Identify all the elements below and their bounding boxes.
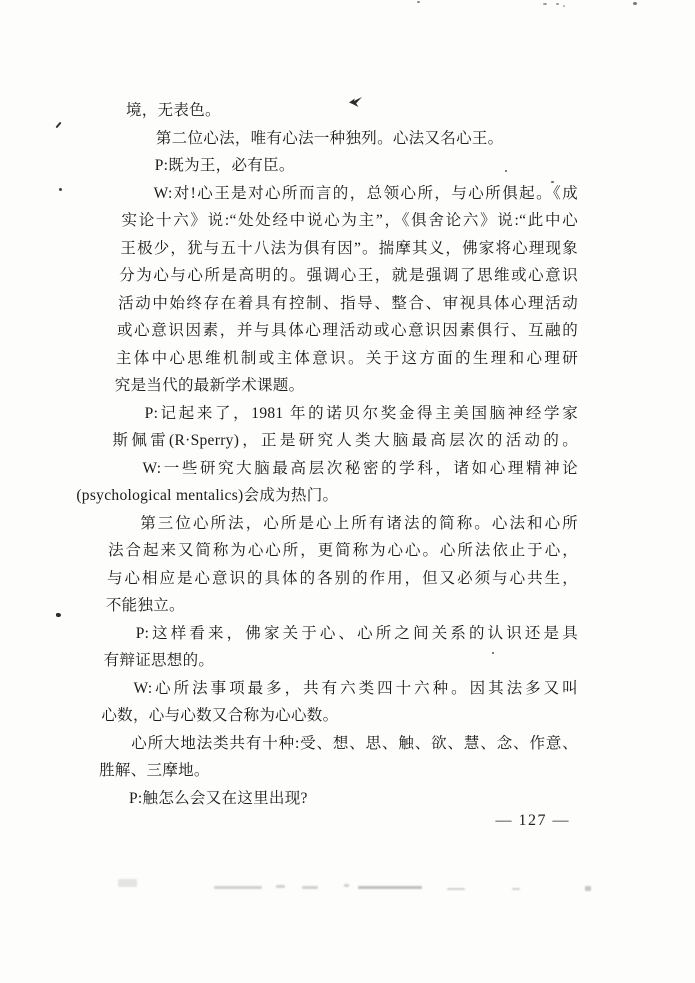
text-line: 第三位心所法，心所是心上所有诸法的简称。心法和心所	[109, 510, 578, 538]
text-line: P:既为王，必有臣。	[124, 152, 578, 180]
text-line: 法合起来又简称为心心所，更简称为心心。心所法依止于心，	[108, 537, 578, 565]
text-line: 实论十六》说:“处处经中说心为主”，《俱舍论六》说:“此中心	[122, 207, 578, 235]
scan-speck	[563, 5, 565, 7]
text-line: P:触怎么会又在这里出现?	[98, 785, 578, 813]
show-through-smudge	[358, 886, 422, 889]
book-page: 境，无表色。第二位心法，唯有心法一种独列。心法又名心王。P:既为王，必有臣。W:…	[0, 0, 695, 983]
page-number: — 127 —	[112, 812, 570, 830]
show-through-smudge	[585, 886, 591, 891]
text-line: W:一些研究大脑最高层次秘密的学科，诸如心理精神论	[111, 455, 578, 483]
scan-speck	[417, 1, 420, 3]
show-through-smudge	[447, 888, 465, 890]
scan-speck	[59, 188, 62, 191]
text-line: 心所大地法类共有十种:受、想、思、触、欲、慧、念、作意、	[100, 730, 578, 758]
text-line: 斯佩雷(R·Sperry)，正是研究人类大脑最高层次的活动的。	[113, 427, 578, 455]
text-line: 胜解、三摩地。	[99, 757, 578, 785]
text-line: 王极少，犹与五十八法为俱有因”。揣摩其义，佛家将心理现象	[120, 235, 578, 263]
text-line: (psychological mentalics)会成为热门。	[110, 482, 578, 510]
text-line: 活动中始终存在着具有控制、指导、整合、审视具体心理活动	[118, 290, 578, 318]
scan-speck	[556, 3, 559, 5]
scan-ink-blob	[56, 613, 61, 617]
text-line: 不能独立。	[106, 592, 578, 620]
show-through-smudge	[276, 885, 285, 888]
show-through-smudge	[512, 888, 520, 890]
show-through-smudge	[302, 886, 318, 889]
text-line: 与心相应是心意识的具体的各别的作用，但又必须与心共生，	[107, 565, 578, 593]
scan-slash-mark	[55, 122, 61, 129]
text-line: 有辩证思想的。	[104, 647, 578, 675]
text-line: W:对!心王是对心所而言的，总领心所，与心所俱起。《成	[123, 180, 578, 208]
text-line: P:这样看来，佛家关于心、心所之间关系的认识还是具	[105, 620, 578, 648]
scan-speck	[633, 2, 637, 5]
show-through-smudge	[214, 886, 262, 889]
text-line: 第二位心法，唯有心法一种独列。心法又名心王。	[125, 125, 578, 153]
text-line: 境，无表色。	[126, 97, 578, 125]
show-through-smudge	[118, 879, 137, 887]
text-block: 境，无表色。第二位心法，唯有心法一种独列。心法又名心王。P:既为王，必有臣。W:…	[112, 97, 578, 812]
text-line: 心数，心与心数又合称为心心数。	[101, 702, 578, 730]
text-line: 或心意识因素，并与具体心理活动或心意识因素俱行、互融的	[117, 317, 578, 345]
text-line: P:记起来了，1981 年的诺贝尔奖金得主美国脑神经学家	[114, 400, 578, 428]
show-through-smudge	[344, 884, 349, 887]
text-line: 主体中心思维机制或主体意识。关于这方面的生理和心理研	[116, 345, 578, 373]
text-line: 究是当代的最新学术课题。	[115, 372, 578, 400]
text-line: W:心所法事项最多，共有六类四十六种。因其法多又叫	[102, 675, 578, 703]
text-line: 分为心与心所是高明的。强调心王，就是强调了思维或心意识	[119, 262, 578, 290]
scan-speck	[543, 3, 547, 5]
